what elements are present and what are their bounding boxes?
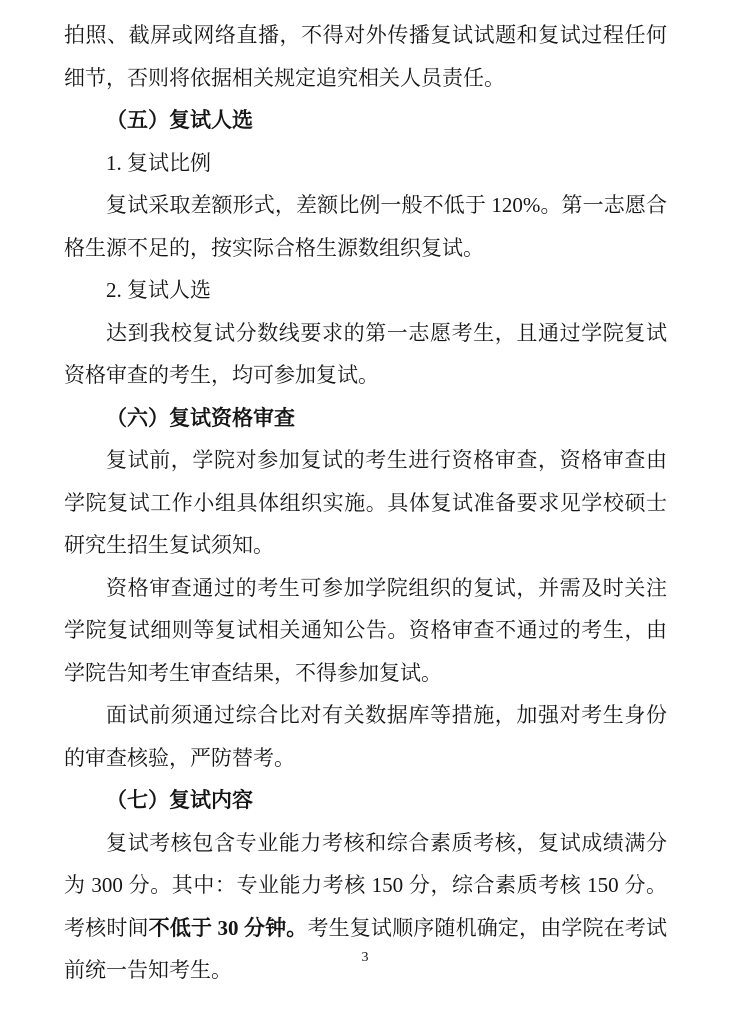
paragraph-qualification-review-2: 资格审查通过的考生可参加学院组织的复试，并需及时关注学院复试细则等复试相关通知公…	[64, 567, 667, 695]
section-heading-7: （七）复试内容	[64, 779, 667, 822]
document-content: 拍照、截屏或网络直播，不得对外传播复试试题和复试过程任何细节，否则将依据相关规定…	[64, 14, 667, 992]
document-page: 拍照、截屏或网络直播，不得对外传播复试试题和复试过程任何细节，否则将依据相关规定…	[0, 0, 730, 1012]
paragraph-retest-ratio: 复试采取差额形式，差额比例一般不低于 120%。第一志愿合格生源不足的，按实际合…	[64, 184, 667, 269]
section-heading-6: （六）复试资格审查	[64, 397, 667, 440]
page-number: 3	[362, 950, 369, 965]
paragraph-continuation: 拍照、截屏或网络直播，不得对外传播复试试题和复试过程任何细节，否则将依据相关规定…	[64, 14, 667, 99]
paragraph-retest-content: 复试考核包含专业能力考核和综合素质考核，复试成绩满分为 300 分。其中：专业能…	[64, 822, 667, 992]
paragraph-identity-verification: 面试前须通过综合比对有关数据库等措施，加强对考生身份的审查核验，严防替考。	[64, 694, 667, 779]
section-heading-5: （五）复试人选	[64, 99, 667, 142]
subheading-1-retest-ratio: 1. 复试比例	[64, 142, 667, 185]
paragraph-qualification-review-1: 复试前，学院对参加复试的考生进行资格审查，资格审查由学院复试工作小组具体组织实施…	[64, 439, 667, 567]
page-footer: 3	[0, 950, 730, 966]
subheading-2-retest-candidates: 2. 复试人选	[64, 269, 667, 312]
paragraph-retest-candidates: 达到我校复试分数线要求的第一志愿考生，且通过学院复试资格审查的考生，均可参加复试…	[64, 312, 667, 397]
paragraph-run-bold: 不低于 30 分钟。	[149, 916, 308, 940]
